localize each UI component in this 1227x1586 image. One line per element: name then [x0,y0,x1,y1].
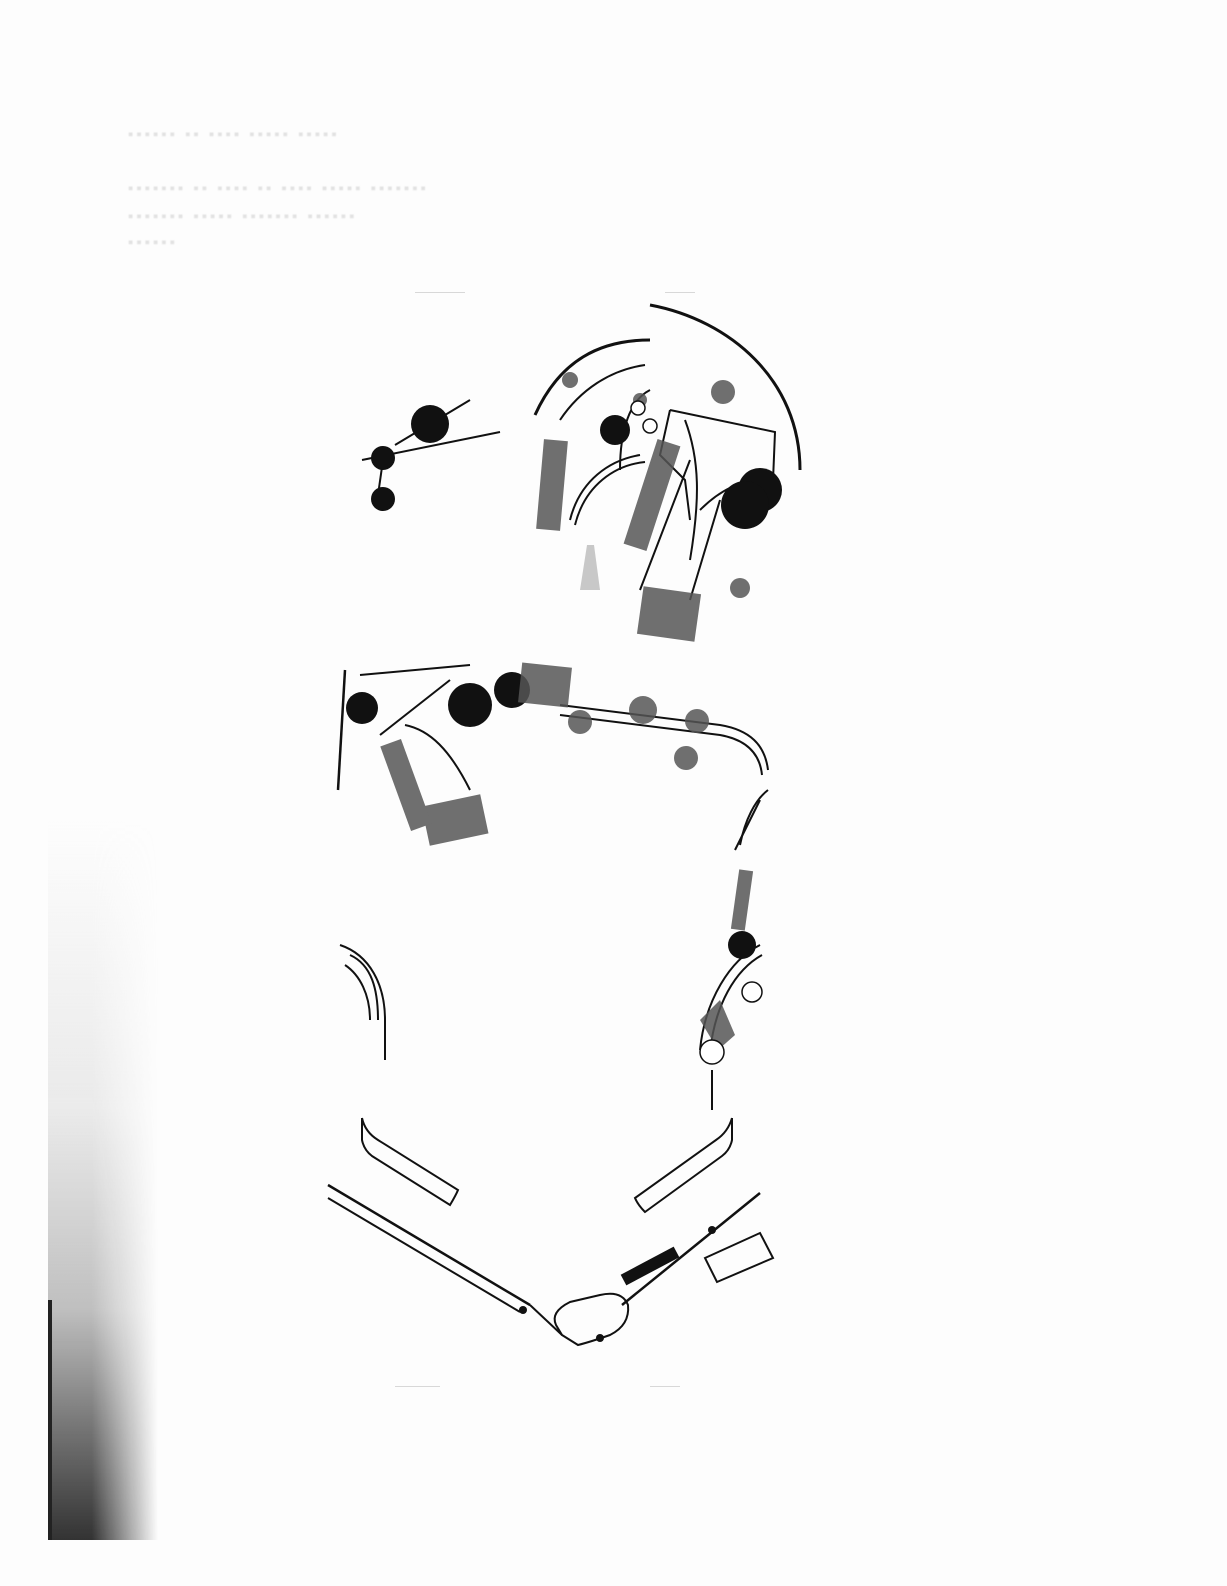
drain-saucer [555,1294,629,1345]
right-slingshot [635,1118,732,1212]
scoop-block [637,586,701,642]
scan-artifact [415,292,465,293]
pop-bumper [346,692,378,724]
rollover-target [700,1040,724,1064]
scan-artifact [650,1386,680,1387]
trough-box [705,1233,773,1282]
shooter-lane-marker [580,545,600,590]
playfield-diagram [0,0,1227,1586]
ball [371,487,395,511]
left-outlane-rail [328,1185,530,1305]
ball [411,405,449,443]
scanned-page: ▪▪▪▪▪▪ ▪▪ ▪▪▪▪ ▪▪▪▪▪ ▪▪▪▪▪ ▪▪▪▪▪▪▪ ▪▪ ▪▪… [0,0,1227,1586]
ball [371,446,395,470]
scan-artifact [665,292,695,293]
left-slingshot [362,1118,458,1205]
scan-artifact [395,1386,440,1387]
pop-bumper [600,415,630,445]
